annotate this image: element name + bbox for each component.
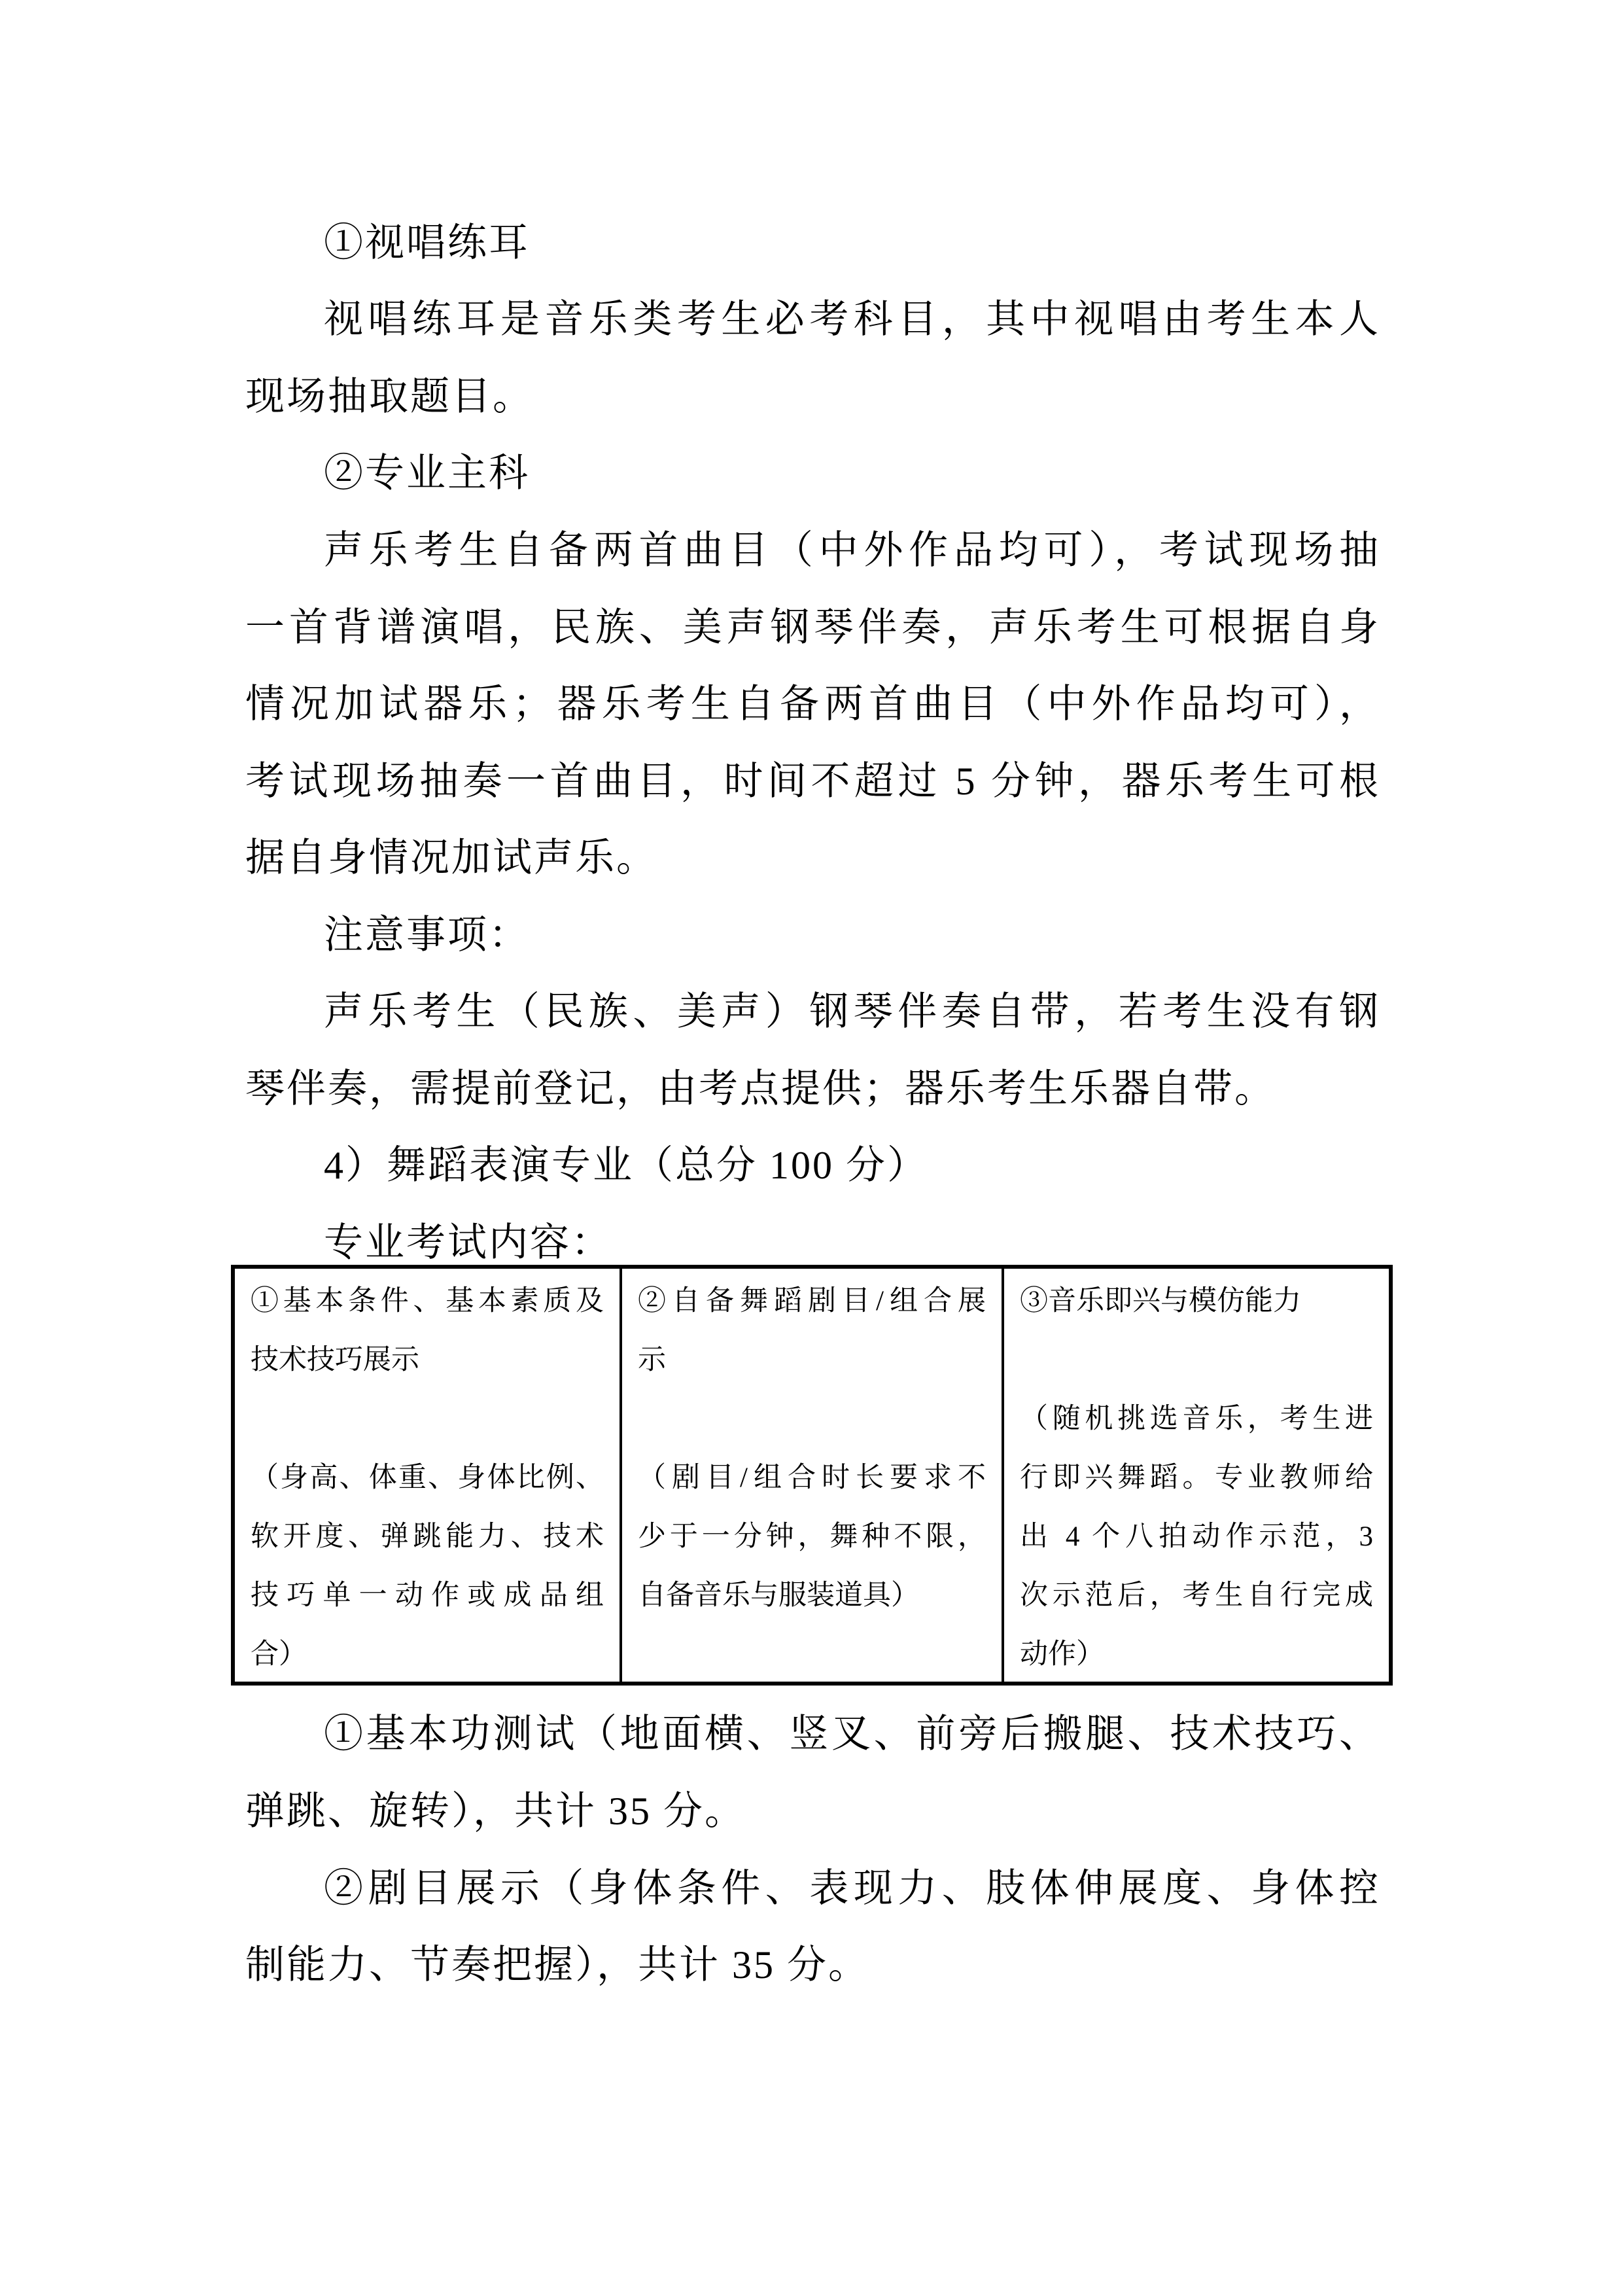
table-cell-line: 行即兴舞蹈。专业教师给 bbox=[1020, 1461, 1373, 1520]
exam-table-cell-basic-skills: ①基本条件、基本素质及 技术技巧展示 （身高、体重、身体比例、 软开度、弹跳能力… bbox=[235, 1269, 620, 1682]
text-line: ②专业主科 bbox=[245, 453, 1380, 493]
table-cell-line: 动作） bbox=[1020, 1638, 1373, 1682]
table-cell-line: 示 bbox=[638, 1343, 986, 1402]
table-cell-line: 次示范后，考生自行完成 bbox=[1020, 1579, 1373, 1638]
table-cell-line: 少于一分钟，舞种不限， bbox=[638, 1520, 986, 1579]
text-line: 声乐考生自备两首曲目（中外作品均可），考试现场抽 bbox=[245, 530, 1380, 571]
table-cell-line: 出 4 个八拍动作示范，3 bbox=[1020, 1520, 1373, 1579]
text-line: 现场抽取题目。 bbox=[245, 376, 1380, 417]
text-line: 据自身情况加试声乐。 bbox=[245, 838, 1380, 878]
table-cell-line bbox=[251, 1402, 604, 1461]
table-cell-line bbox=[638, 1402, 986, 1461]
table-cell-line: 自备音乐与服装道具） bbox=[638, 1579, 986, 1638]
text-line: 声乐考生（民族、美声）钢琴伴奏自带，若考生没有钢 bbox=[245, 991, 1380, 1032]
text-line: 一首背谱演唱，民族、美声钢琴伴奏，声乐考生可根据自身 bbox=[245, 607, 1380, 648]
text-line: ①基本功测试（地面横、竖叉、前旁后搬腿、技术技巧、 bbox=[245, 1714, 1380, 1754]
exam-table-cell-improvisation: ③音乐即兴与模仿能力 （随机挑选音乐，考生进 行即兴舞蹈。专业教师给 出 4 个… bbox=[1004, 1269, 1389, 1682]
table-cell-line bbox=[638, 1638, 986, 1682]
table-cell-line: ①基本条件、基本素质及 bbox=[251, 1284, 604, 1343]
text-line: 琴伴奏，需提前登记，由考点提供；器乐考生乐器自带。 bbox=[245, 1069, 1380, 1109]
table-cell-line: （剧目/组合时长要求不 bbox=[638, 1461, 986, 1520]
table-cell-line: （身高、体重、身体比例、 bbox=[251, 1461, 604, 1520]
table-cell-line: （随机挑选音乐，考生进 bbox=[1020, 1402, 1373, 1461]
table-cell-line bbox=[1020, 1343, 1373, 1402]
text-line: 4）舞蹈表演专业（总分 100 分） bbox=[245, 1145, 1380, 1186]
text-line: ①视唱练耳 bbox=[245, 222, 1380, 263]
text-line: 制能力、节奏把握），共计 35 分。 bbox=[245, 1945, 1380, 1985]
table-cell-line: 软开度、弹跳能力、技术 bbox=[251, 1520, 604, 1579]
table-cell-line: 合） bbox=[251, 1638, 604, 1682]
text-line: ②剧目展示（身体条件、表现力、肢体伸展度、身体控 bbox=[245, 1868, 1380, 1909]
document-page: ①视唱练耳 视唱练耳是音乐类考生必考科目，其中视唱由考生本人 现场抽取题目。 ②… bbox=[0, 0, 1623, 2296]
exam-table-cell-repertoire: ②自备舞蹈剧目/组合展 示 （剧目/组合时长要求不 少于一分钟，舞种不限， 自备… bbox=[620, 1269, 1004, 1682]
exam-content-table: ①基本条件、基本素质及 技术技巧展示 （身高、体重、身体比例、 软开度、弹跳能力… bbox=[231, 1265, 1393, 1686]
text-line: 考试现场抽奏一首曲目，时间不超过 5 分钟，器乐考生可根 bbox=[245, 761, 1380, 802]
table-cell-line: 技巧单一动作或成品组 bbox=[251, 1579, 604, 1638]
table-cell-line: 技术技巧展示 bbox=[251, 1343, 604, 1402]
table-cell-line: ②自备舞蹈剧目/组合展 bbox=[638, 1284, 986, 1343]
table-cell-line: ③音乐即兴与模仿能力 bbox=[1020, 1284, 1373, 1343]
text-line: 视唱练耳是音乐类考生必考科目，其中视唱由考生本人 bbox=[245, 299, 1380, 340]
text-line: 专业考试内容： bbox=[245, 1222, 1380, 1263]
text-line: 弹跳、旋转），共计 35 分。 bbox=[245, 1791, 1380, 1831]
text-line: 注意事项： bbox=[245, 915, 1380, 955]
text-line: 情况加试器乐；器乐考生自备两首曲目（中外作品均可）， bbox=[245, 684, 1380, 724]
